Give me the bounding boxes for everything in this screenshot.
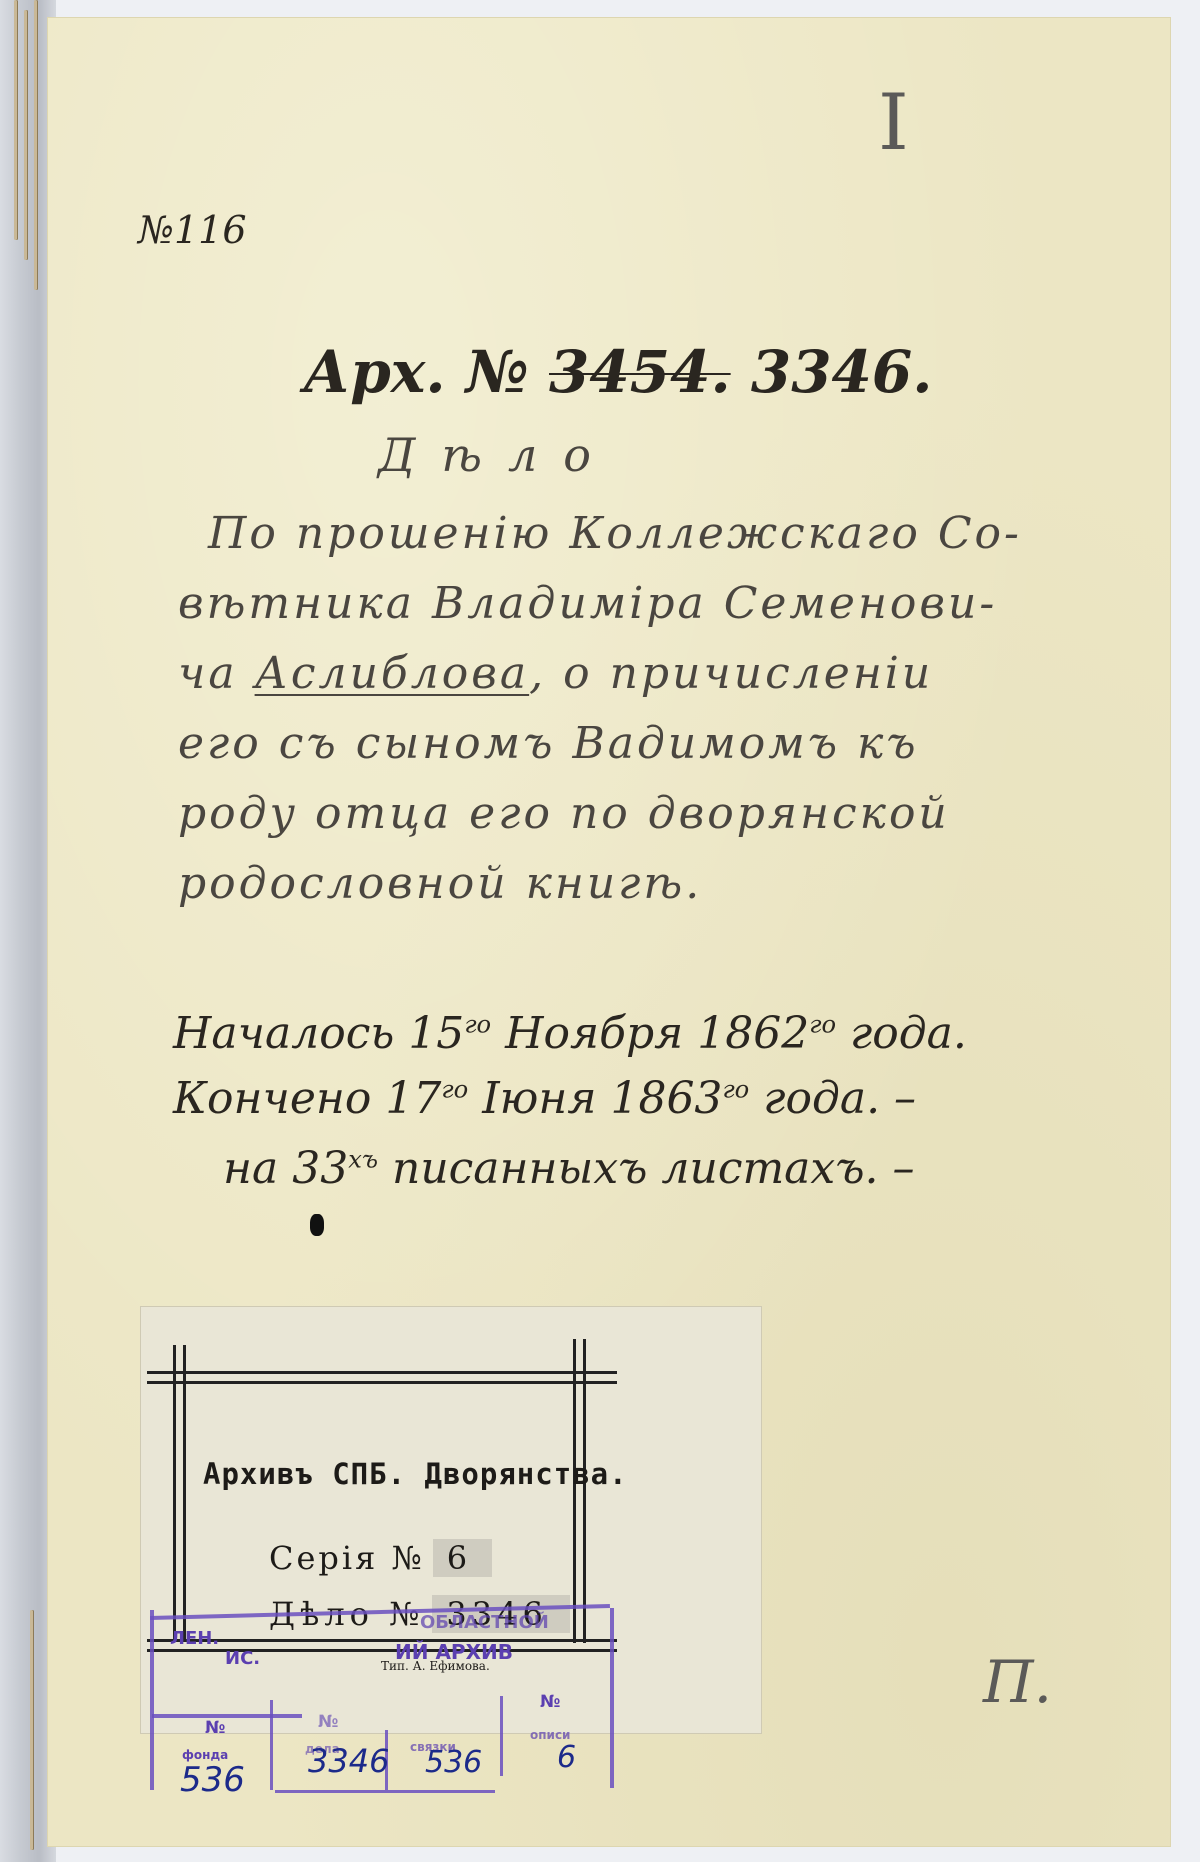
binding-thread bbox=[24, 10, 27, 260]
series-value: 6 bbox=[433, 1539, 492, 1577]
frame-left bbox=[173, 1345, 186, 1641]
pencil-mark-p: П. bbox=[983, 1648, 1052, 1716]
svyazka-number: 536 bbox=[425, 1745, 482, 1780]
ink-blot bbox=[310, 1214, 324, 1236]
binding-thread bbox=[34, 0, 37, 290]
subject-line-2: вѣтника Владиміра Семенови- bbox=[178, 578, 997, 629]
delo-number: 3346 bbox=[308, 1742, 389, 1780]
surname-underlined: Аслиблова bbox=[255, 648, 530, 699]
series-label: Серія № bbox=[269, 1539, 425, 1577]
label-title: Архивъ СПБ. Дворянства. bbox=[203, 1457, 628, 1491]
subject-line-1: По прошенію Коллежскаго Со- bbox=[208, 508, 1022, 559]
sheet-count: на 33хъ писанныхъ листахъ. – bbox=[223, 1143, 915, 1194]
archive-label: Архивъ СПБ. Дворянства. Серія №6 Дѣло №3… bbox=[140, 1306, 762, 1734]
series-row: Серія №6 bbox=[269, 1539, 492, 1577]
archive-number: Арх. № 3454. 3346. bbox=[303, 338, 932, 406]
archive-prefix: Арх. № bbox=[303, 338, 529, 406]
file-number-mark: №116 bbox=[138, 208, 247, 252]
subject-line-5: роду отца его по дворянской bbox=[178, 788, 950, 839]
date-started: Началось 15го Ноября 1862го года. bbox=[173, 1008, 967, 1059]
binding-thread bbox=[30, 1610, 33, 1850]
binding-thread bbox=[14, 0, 17, 240]
subject-line-4: его съ сыномъ Вадимомъ къ bbox=[178, 718, 919, 769]
subject-line-3-tail: , о причисленіи bbox=[529, 648, 933, 699]
roman-numeral-mark: I bbox=[878, 78, 909, 168]
subject-line-6: родословной книгѣ. bbox=[178, 858, 702, 909]
heading-delo: Дѣло bbox=[378, 428, 617, 482]
subject-line-3: ча Аслиблова, о причисленіи bbox=[178, 648, 933, 699]
opis-number: 6 bbox=[557, 1740, 576, 1775]
struck-archive-number: 3454. bbox=[549, 338, 731, 406]
frame-right bbox=[573, 1339, 586, 1643]
frame-top bbox=[147, 1371, 617, 1384]
current-archive-number: 3346. bbox=[751, 338, 933, 406]
subject-line-3-start: ча bbox=[178, 648, 255, 699]
fond-number: 536 bbox=[180, 1760, 245, 1800]
date-ended: Кончено 17го Іюня 1863го года. – bbox=[173, 1073, 916, 1124]
